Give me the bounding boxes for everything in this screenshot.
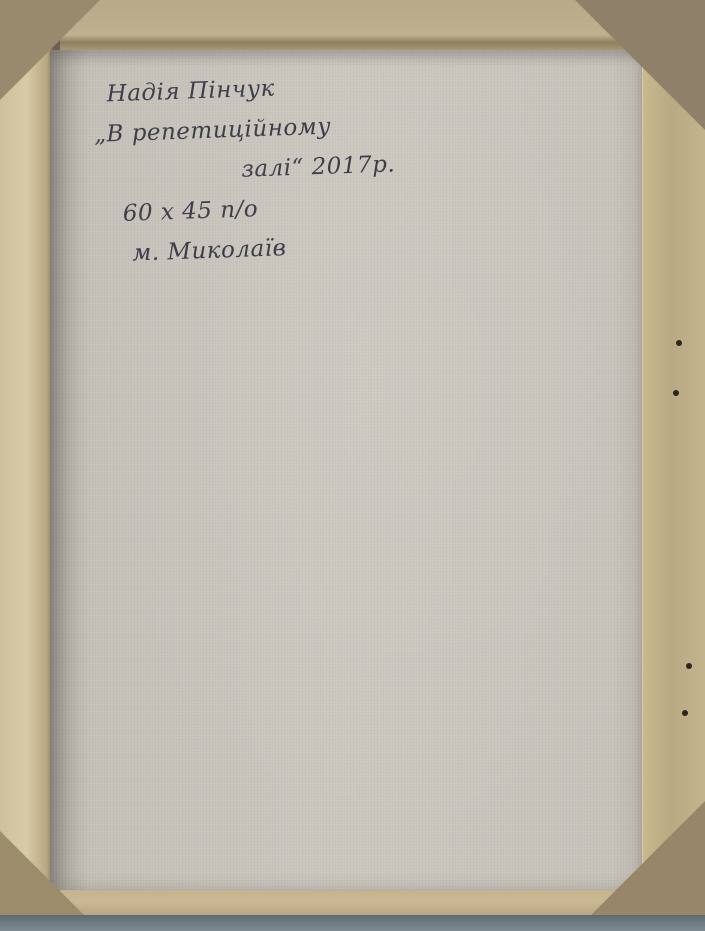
corner-key-bottom-right xyxy=(585,801,705,921)
stretcher-bar-left xyxy=(0,40,52,890)
stretcher-bar-top xyxy=(60,0,660,50)
staple xyxy=(673,390,679,396)
staple xyxy=(682,710,688,716)
staple xyxy=(686,663,692,669)
corner-key-top-left xyxy=(0,0,100,100)
corner-key-bottom-left xyxy=(0,831,90,921)
photo-scene: Надія Пінчук „В репетиційному залі“ 2017… xyxy=(0,0,705,931)
staple xyxy=(676,340,682,346)
corner-key-top-right xyxy=(575,0,705,130)
handwritten-inscription: Надія Пінчук „В репетиційному залі“ 2017… xyxy=(88,63,435,275)
floor-surface xyxy=(0,915,705,931)
stretcher-bar-right xyxy=(636,60,705,880)
